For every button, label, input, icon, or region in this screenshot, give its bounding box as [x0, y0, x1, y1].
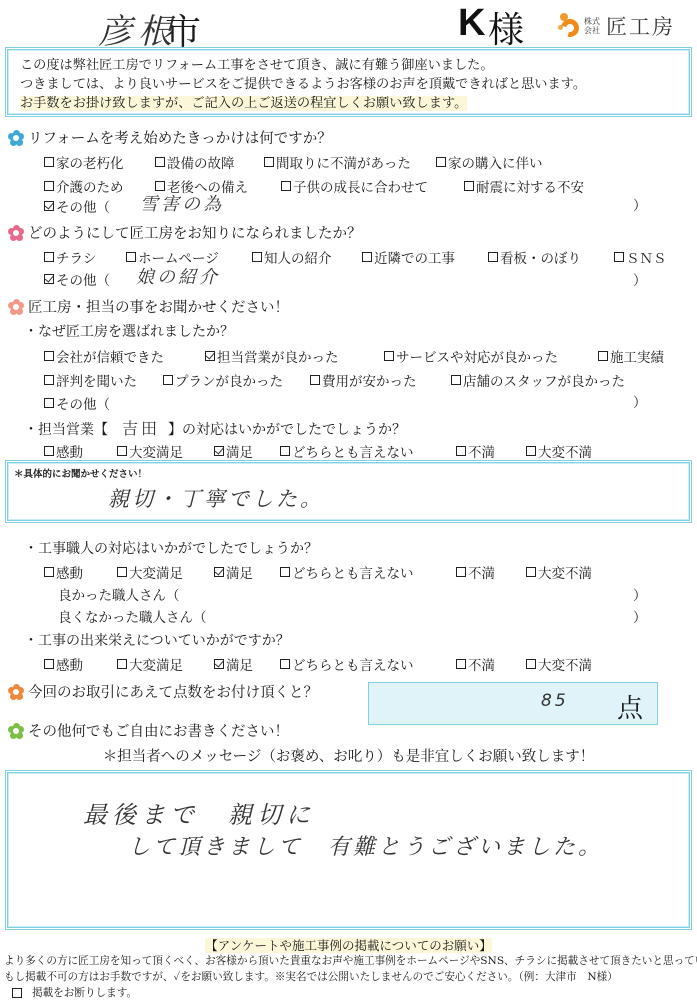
q3-heading: 匠工房・担当の事をお聞かせください！ [8, 296, 289, 317]
logo-prefix: 株式 会社 [584, 17, 602, 35]
q3-craftsmen-title: ・工事職人の対応はいかがでしたでしょうか？ [24, 538, 318, 558]
q2-option-referral[interactable]: 知人の紹介 [252, 247, 332, 267]
q1-option-aging[interactable]: 家の老朽化 [44, 152, 124, 172]
q3-title: 匠工房・担当の事をお聞かせください！ [28, 296, 289, 317]
checkbox[interactable] [44, 567, 54, 577]
paren-close: ） [633, 194, 647, 214]
checkbox[interactable] [464, 181, 474, 191]
footer-line-1: より多くの方に匠工房を知って頂くべく、お客様から頂いた貴重なお声や施工事例をホー… [4, 953, 697, 968]
detail-box[interactable]: ＊具体的にお聞かせください！ 親切・丁寧でした。 [5, 460, 692, 523]
sales-rating-impressed[interactable]: 感動 [44, 441, 83, 461]
q2-other-value[interactable]: 娘の紹介 [136, 263, 220, 289]
checkbox[interactable] [598, 351, 608, 361]
message-note: ＊担当者へのメッセージ（お褒め、お叱り）も是非宜しくお願い致します！ [0, 745, 697, 766]
intro-line-2: つきましては、より良いサービスをご提供できるようお客様のお声を頂戴できればと思い… [20, 75, 677, 94]
q3-why-title: ・なぜ匠工房を選ばれましたか？ [24, 321, 234, 341]
quality-rating-very-satisfied[interactable]: 大変満足 [117, 654, 183, 674]
detail-label: ＊具体的にお聞かせください！ [14, 466, 683, 480]
logo-name: 匠工房 [606, 11, 675, 41]
q3-why-option-service[interactable]: サービスや対応が良かった [384, 346, 558, 366]
checkbox[interactable] [44, 181, 54, 191]
checkbox[interactable] [281, 181, 291, 191]
checkbox[interactable] [44, 659, 54, 669]
q3-quality-title: ・工事の出来栄えについていかがですか？ [24, 630, 290, 650]
q3-why-option-trust[interactable]: 会社が信頼できた [44, 346, 164, 366]
q1-option-purchase[interactable]: 家の購入に伴い [436, 152, 543, 172]
q2-option-signboard[interactable]: 看板・のぼり [488, 247, 581, 267]
decline-publication-option[interactable]: 掲載をお断りします。 [12, 985, 137, 1000]
q5-heading: その他何でもご自由にお書きください！ [8, 720, 289, 741]
checkbox[interactable] [280, 446, 290, 456]
footer-title: 【アンケートや施工事例の掲載についてのお願い】 [0, 936, 697, 954]
q2-heading: どのようにして匠工房をお知りになられましたか？ [8, 222, 362, 243]
sales-staff-name[interactable]: 吉田 [108, 416, 168, 439]
checkbox[interactable] [526, 446, 536, 456]
score-unit: 点 [617, 688, 643, 725]
checkbox[interactable] [44, 446, 54, 456]
checkbox[interactable] [384, 351, 394, 361]
checkbox[interactable] [117, 659, 127, 669]
quality-rating-dissatisfied[interactable]: 不満 [456, 654, 495, 674]
checkbox[interactable] [117, 567, 127, 577]
checkbox-checked[interactable] [214, 659, 224, 669]
intro-box: この度は弊社匠工房でリフォーム工事をさせて頂き、誠に有難う御座いました。 つきま… [5, 47, 692, 117]
q1-title: リフォームを考え始めたきっかけは何ですか？ [28, 127, 332, 148]
paren-close: ） [633, 391, 647, 411]
checkbox-checked[interactable] [44, 201, 54, 211]
flower-salmon-icon [8, 299, 24, 315]
craftsmen-rating-dissatisfied[interactable]: 不満 [456, 562, 495, 582]
message-line-1[interactable]: 最後まで 親切に [83, 795, 315, 830]
checkbox[interactable] [117, 446, 127, 456]
q1-other-value[interactable]: 雪害の為 [140, 190, 224, 216]
checkbox[interactable] [456, 567, 466, 577]
flower-pink-icon [8, 225, 24, 241]
checkbox[interactable] [456, 659, 466, 669]
q1-option-children[interactable]: 子供の成長に合わせて [281, 176, 428, 196]
q3-why-option-other[interactable]: その他（ [44, 393, 110, 413]
q4-heading: 今回のお取引にあえて点数をお付け頂くと？ [8, 681, 318, 702]
checkbox[interactable] [264, 157, 274, 167]
q2-option-flyer[interactable]: チラシ [44, 247, 97, 267]
intro-line-1: この度は弊社匠工房でリフォーム工事をさせて頂き、誠に有難う御座いました。 [20, 56, 677, 75]
checkbox[interactable] [12, 988, 22, 998]
checkbox[interactable] [44, 157, 54, 167]
checkbox[interactable] [456, 446, 466, 456]
quality-rating-neutral[interactable]: どちらとも言えない [280, 654, 414, 674]
q2-title: どのようにして匠工房をお知りになられましたか？ [28, 222, 362, 243]
sales-rating-neutral[interactable]: どちらとも言えない [280, 441, 414, 461]
checkbox[interactable] [280, 567, 290, 577]
q3-why-option-track-record[interactable]: 施工実績 [598, 346, 664, 366]
flower-blue-icon [8, 130, 24, 146]
sales-rating-very-satisfied[interactable]: 大変満足 [117, 441, 183, 461]
checkbox[interactable] [436, 157, 446, 167]
detail-value[interactable]: 親切・丁寧でした。 [108, 483, 324, 513]
sales-rating-dissatisfied[interactable]: 不満 [456, 441, 495, 461]
q1-heading: リフォームを考え始めたきっかけは何ですか？ [8, 127, 332, 148]
paren-close: ） [633, 584, 647, 604]
q3-why-option-sales-rep[interactable]: 担当営業が良かった [205, 346, 339, 366]
intro-line-3: お手数をお掛け致しますが、ご記入の上ご返送の程宜しくお願い致します。 [20, 96, 467, 111]
checkbox-checked[interactable] [214, 567, 224, 577]
customer-initial[interactable]: K [458, 2, 485, 45]
craftsmen-rating-neutral[interactable]: どちらとも言えない [280, 562, 414, 582]
sales-rating-satisfied[interactable]: 満足 [214, 441, 253, 461]
bad-craftsman-label: 良くなかった職人さん（ [58, 606, 207, 626]
honorific: 様 [488, 2, 524, 53]
flower-orange-icon [8, 684, 24, 700]
q3-sales-title: ・担当営業【吉田】の対応はいかがでしたでしょうか？ [24, 416, 406, 439]
q1-option-other[interactable]: その他（ [44, 196, 110, 216]
checkbox[interactable] [44, 351, 54, 361]
q1-option-care[interactable]: 介護のため [44, 176, 124, 196]
q2-option-other[interactable]: その他（ [44, 269, 110, 289]
craftsmen-rating-very-dissatisfied[interactable]: 大変不満 [526, 562, 592, 582]
q3-why-option-reputation[interactable]: 評判を聞いた [44, 370, 137, 390]
checkbox-checked[interactable] [214, 446, 224, 456]
score-value[interactable]: 85 [541, 691, 569, 711]
q5-title: その他何でもご自由にお書きください！ [28, 720, 289, 741]
flower-green-icon [8, 723, 24, 739]
quality-rating-very-dissatisfied[interactable]: 大変不満 [526, 654, 592, 674]
q3-why-option-price[interactable]: 費用が安かった [310, 370, 417, 390]
checkbox[interactable] [126, 252, 136, 262]
checkbox[interactable] [310, 375, 320, 385]
message-box[interactable]: 最後まで 親切に して頂きまして 有難とうございました。 [5, 770, 692, 930]
checkbox[interactable] [252, 252, 262, 262]
q2-option-sns[interactable]: ＳＮＳ [614, 247, 667, 267]
good-craftsman-label: 良かった職人さん（ [58, 584, 180, 604]
company-logo: 株式 会社 匠工房 [558, 10, 688, 42]
quality-rating-impressed[interactable]: 感動 [44, 654, 83, 674]
checkbox[interactable] [163, 375, 173, 385]
checkbox-checked[interactable] [205, 351, 215, 361]
checkbox[interactable] [280, 659, 290, 669]
craftsmen-rating-satisfied[interactable]: 満足 [214, 562, 253, 582]
craftsmen-rating-impressed[interactable]: 感動 [44, 562, 83, 582]
q1-option-earthquake[interactable]: 耐震に対する不安 [464, 176, 584, 196]
checkbox[interactable] [44, 375, 54, 385]
checkbox[interactable] [488, 252, 498, 262]
checkbox[interactable] [451, 375, 461, 385]
checkbox[interactable] [44, 398, 54, 408]
checkbox-checked[interactable] [44, 274, 54, 284]
craftsmen-rating-very-satisfied[interactable]: 大変満足 [117, 562, 183, 582]
q1-option-equipment[interactable]: 設備の故障 [155, 152, 235, 172]
q3-why-option-store-staff[interactable]: 店舗のスタッフが良かった [451, 370, 625, 390]
sales-rating-very-dissatisfied[interactable]: 大変不満 [526, 441, 592, 461]
logo-mark-icon [558, 13, 580, 39]
checkbox[interactable] [526, 567, 536, 577]
checkbox[interactable] [362, 252, 372, 262]
checkbox[interactable] [155, 157, 165, 167]
q1-option-layout[interactable]: 間取りに不満があった [264, 152, 411, 172]
checkbox[interactable] [614, 252, 624, 262]
footer-line-2: もし掲載不可の方はお手数ですが、✓をお願い致します。※実名では公開いたしませんの… [4, 969, 618, 984]
checkbox[interactable] [44, 252, 54, 262]
q4-title: 今回のお取引にあえて点数をお付け頂くと？ [28, 681, 318, 702]
paren-close: ） [633, 606, 647, 626]
q2-option-nearby-work[interactable]: 近隣での工事 [362, 247, 455, 267]
score-box[interactable]: 85 点 [368, 682, 658, 725]
quality-rating-satisfied[interactable]: 満足 [214, 654, 253, 674]
checkbox[interactable] [526, 659, 536, 669]
message-line-2[interactable]: して頂きまして 有難とうございました。 [128, 830, 603, 861]
q3-why-option-plan[interactable]: プランが良かった [163, 370, 283, 390]
paren-close: ） [633, 269, 647, 289]
